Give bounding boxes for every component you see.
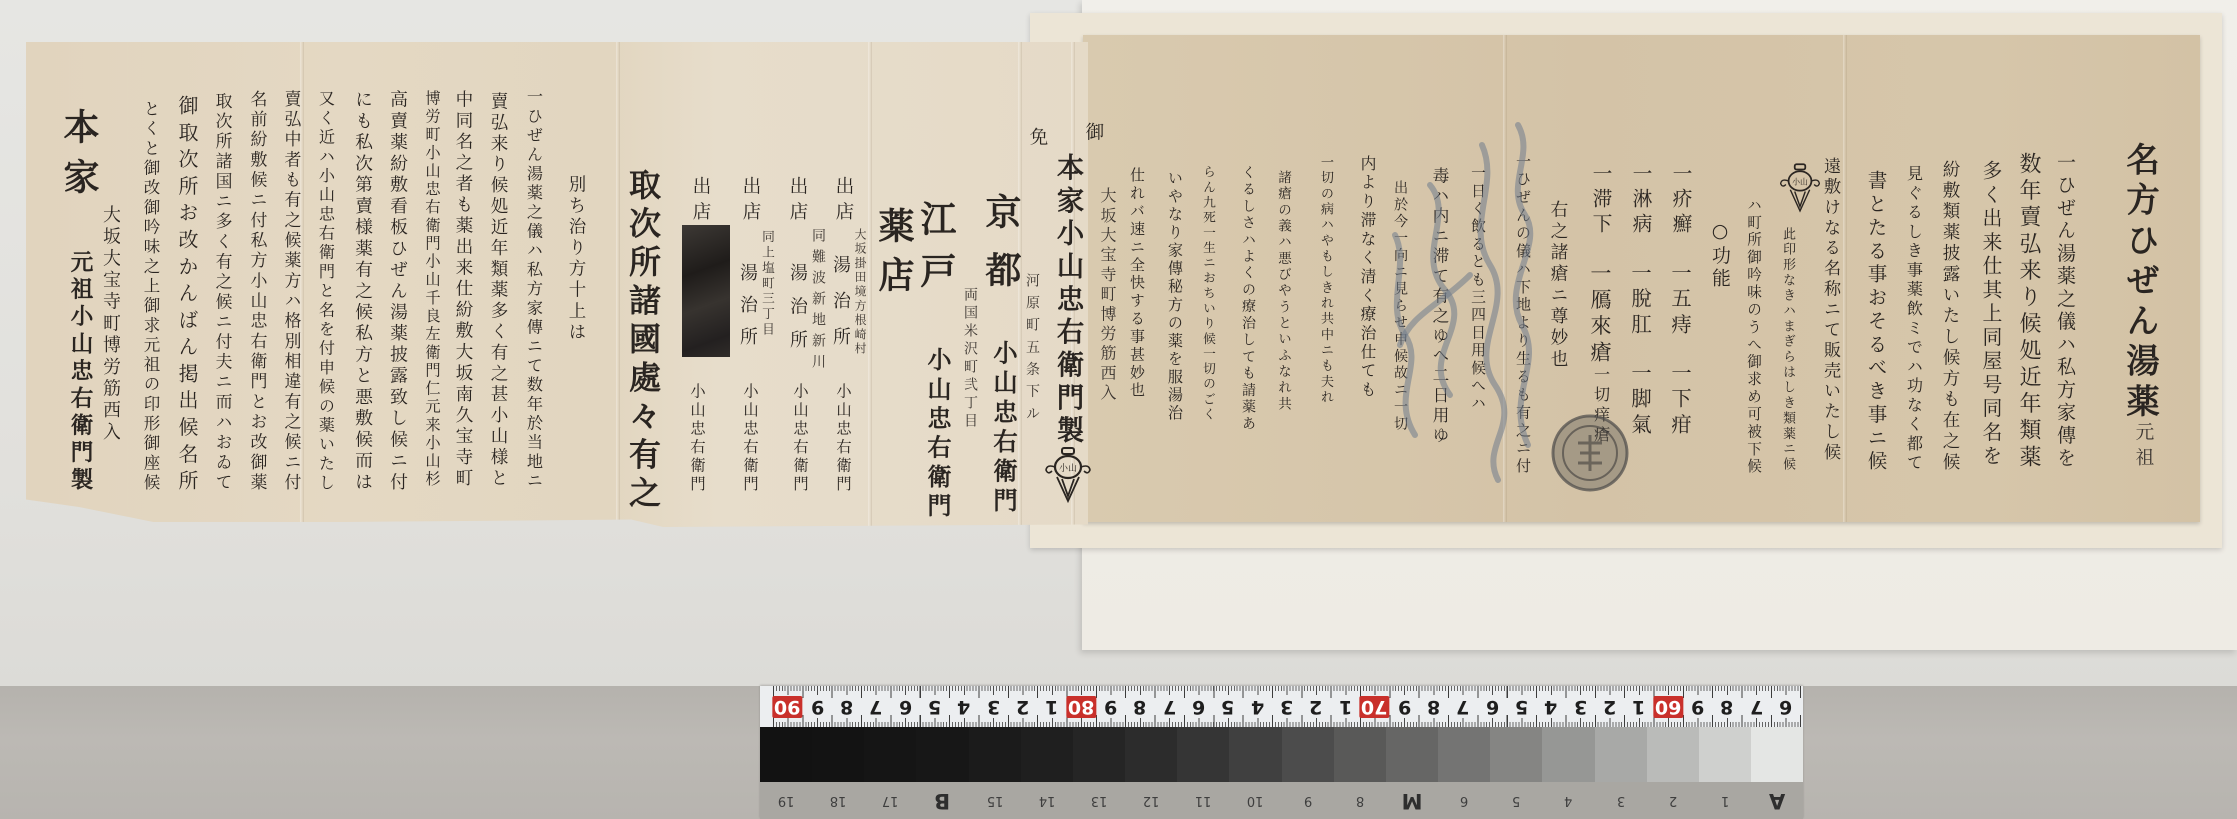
left-body-line: 取次所諸国ニ多く有之候ニ付夫ニ而ハおゐて xyxy=(210,92,236,490)
gray-patch-label: 1 xyxy=(1699,782,1751,819)
ruler-label: 6 xyxy=(1771,695,1800,719)
ruler-label: 7 xyxy=(861,695,890,719)
black-ink-block xyxy=(682,225,730,357)
edo-owner-name: 小山忠右衛門 xyxy=(916,347,958,517)
ruler-label: 4 xyxy=(1536,695,1565,719)
efficacy-item: 一鴈來瘡 xyxy=(1587,262,1613,362)
usage-line: 仕れバ速ニ全快する事甚妙也 xyxy=(1123,167,1151,397)
gray-patch-label: 10 xyxy=(1229,782,1281,819)
notice-line: 此印形なきハまぎらはしき類薬ニ候 xyxy=(1773,227,1801,470)
left-body-line: 一ひぜん湯薬之儀ハ私方家傳ニて数年於当地ニ xyxy=(520,88,546,488)
edo-city-label: 江戸 xyxy=(914,200,956,288)
gray-patch-label: 13 xyxy=(1073,782,1125,819)
ruler-label: 4 xyxy=(1243,695,1272,719)
branch-shop-label: 出店 xyxy=(738,176,762,220)
efficacy-item: 一下疳 xyxy=(1667,362,1693,434)
kyoto-owner-name: 小山忠右衛門 xyxy=(982,340,1024,512)
left-address-text: 大坂大宝寺町博労筋西入 xyxy=(100,205,120,440)
ruler-label: 6 xyxy=(1478,695,1507,719)
ruler-label: 80 xyxy=(1067,695,1096,719)
branch-shop-owner: 小山忠右衛門 xyxy=(686,383,708,491)
gray-patch-label: 11 xyxy=(1177,782,1229,819)
gourd-emblem-icon: 小山 xyxy=(1043,447,1093,503)
left-body-line: 中同名之者も薬出来仕紛敷大坂南久宝寺町 xyxy=(450,90,476,486)
ruler-label: 6 xyxy=(891,695,920,719)
ruler-label: 70 xyxy=(1360,695,1389,719)
ruler-label: 9 xyxy=(1683,695,1712,719)
efficacy-item: 一滞下 xyxy=(1587,163,1613,233)
title-note: 元祖 xyxy=(2132,422,2154,466)
efficacy-item: 一五痔 xyxy=(1667,262,1693,334)
branch-shop-label: 出店 xyxy=(831,176,855,220)
branch-shop-owner: 小山忠右衛門 xyxy=(789,383,811,491)
gray-patch-label: B xyxy=(916,782,968,819)
emblem-text: 小山 xyxy=(1792,176,1808,186)
left-body-line: 又く近ハ小山忠右衛門と名を付申候の薬いたし xyxy=(312,90,338,490)
ruler-label: 7 xyxy=(1448,695,1477,719)
ruler-label: 60 xyxy=(1654,695,1683,719)
left-body-line: にも私次第賣様薬有之候私方と悪敷候而は xyxy=(349,90,375,490)
paper-fold xyxy=(868,42,872,542)
gray-patch xyxy=(1177,727,1229,782)
usage-line: 一切の病ハやもしきれ共中ニも夫れ xyxy=(1311,155,1339,403)
left-body-line: 高賣薬紛敷看板ひぜん湯薬披露致し候ニ付 xyxy=(384,90,410,490)
gray-patch-label: 17 xyxy=(864,782,916,819)
gray-patch xyxy=(1229,727,1281,782)
gray-patch-label: M xyxy=(1386,782,1438,819)
gray-scale-labels: 19 18 17 B 15 14 13 12 11 10 9 8 M 6 5 4… xyxy=(760,782,1803,819)
permission-mark-men: 免 xyxy=(1026,127,1048,149)
branch-shop-facility: 湯治所 xyxy=(737,263,757,345)
usage-line: 諸瘡の義ハ悪びやうといふなれ共 xyxy=(1269,170,1297,410)
branch-shop-address: 同難波新地新川 xyxy=(810,228,826,368)
gray-patch-label: 9 xyxy=(1282,782,1334,819)
left-body-line: 御取次所お改かんばん掲出候名所 xyxy=(174,95,200,490)
left-body-line: とくと御改御吟味之上御求元祖の印形御座候 xyxy=(137,100,163,490)
gourd-emblem-icon: 小山 xyxy=(1778,163,1822,213)
ruler-label: 8 xyxy=(1712,695,1741,719)
round-seal-icon xyxy=(1550,413,1630,493)
document-title: 名方ひぜん湯薬 xyxy=(2116,142,2164,417)
gray-patch-label: 6 xyxy=(1438,782,1490,819)
intro-line: 見ぐるしき事薬飲ミでハ功なく都て xyxy=(1899,165,1927,470)
left-maker-name: 元祖小山忠右衛門製 xyxy=(62,250,98,490)
ruler-label: 1 xyxy=(1331,695,1360,719)
branch-shop-owner: 小山忠右衛門 xyxy=(739,383,761,491)
gray-patch-label: 14 xyxy=(1021,782,1073,819)
ruler-label: 7 xyxy=(1155,695,1184,719)
branch-shop-facility: 湯治所 xyxy=(830,255,850,345)
ruler-label: 5 xyxy=(1213,695,1242,719)
gray-patch-label: 5 xyxy=(1490,782,1542,819)
measuring-tape: 90 9 8 7 6 5 4 3 2 1 80 9 8 7 6 5 4 3 2 … xyxy=(760,686,1803,727)
gray-patch xyxy=(1073,727,1125,782)
emblem-text: 小山 xyxy=(1059,462,1077,474)
color-scale-bar: 90 9 8 7 6 5 4 3 2 1 80 9 8 7 6 5 4 3 2 … xyxy=(760,686,1803,819)
ruler-label: 8 xyxy=(1419,695,1448,719)
permission-mark-go: 御 xyxy=(1082,122,1104,144)
gray-patch xyxy=(969,727,1021,782)
gray-patch xyxy=(1334,727,1386,782)
intro-line: 紛敷類薬披露いたし候方も在之候 xyxy=(1936,160,1964,470)
gray-patch xyxy=(1021,727,1073,782)
gray-patch xyxy=(1282,727,1334,782)
intro-line: 書とたる事おそるべき事ニ候 xyxy=(1861,170,1889,470)
usage-line: くるしさハよくの療治しても請薬あ xyxy=(1234,165,1262,430)
ruler-label: 9 xyxy=(1390,695,1419,719)
left-header-text: 別ち治り方十上は xyxy=(564,175,586,340)
branch-shop-address: 大坂掛田境方根崎村 xyxy=(852,228,868,354)
efficacy-item: 一脫肛 xyxy=(1627,262,1653,334)
efficacy-item: 一淋病 xyxy=(1627,163,1653,233)
gray-patch xyxy=(1751,727,1803,782)
branch-shop-label: 出店 xyxy=(785,176,809,220)
gray-patch xyxy=(864,727,916,782)
gray-patch xyxy=(760,727,812,782)
ruler-label: 8 xyxy=(832,695,861,719)
left-body-line: 博労町小山忠右衛門小山千良左衛門仁元来小山杉 xyxy=(419,90,445,486)
ruler-label: 2 xyxy=(1595,695,1624,719)
left-body-line: 名前紛敷候ニ付私方小山忠右衛門とお改御薬 xyxy=(245,90,271,490)
gray-patch-label: 19 xyxy=(760,782,812,819)
pencil-scribble-marks xyxy=(1370,115,1550,495)
branch-shop-address: 同上塩町三丁目 xyxy=(759,230,775,335)
gray-patch xyxy=(916,727,968,782)
intro-line: 数年賣弘来り候処近年類薬 xyxy=(2014,152,2042,467)
gray-patch xyxy=(1647,727,1699,782)
main-maker-name: 本家小山忠右衛門製 xyxy=(1045,153,1089,443)
gray-patch-label: 12 xyxy=(1125,782,1177,819)
ruler-label: 2 xyxy=(1008,695,1037,719)
gray-patch xyxy=(1386,727,1438,782)
gray-patch xyxy=(1125,727,1177,782)
branch-shop-owner: 小山忠右衛門 xyxy=(832,383,854,491)
edo-address: 両国米沢町弐丁目 xyxy=(962,287,978,427)
ruler-label: 1 xyxy=(1037,695,1066,719)
gray-patch-label: 2 xyxy=(1647,782,1699,819)
ruler-label: 3 xyxy=(1566,695,1595,719)
ruler-label: 6 xyxy=(1184,695,1213,719)
branch-shop-label: 出店 xyxy=(688,176,712,220)
gray-patch xyxy=(812,727,864,782)
efficacy-item: 一脚氣 xyxy=(1627,362,1653,434)
ruler-label: 90 xyxy=(773,695,802,719)
left-honke-label: 本家 xyxy=(57,108,99,194)
gray-scale-patches xyxy=(760,727,1803,782)
gray-patch-label: A xyxy=(1751,782,1803,819)
gray-patch xyxy=(1542,727,1594,782)
gray-patch xyxy=(1438,727,1490,782)
ruler-label: 7 xyxy=(1742,695,1771,719)
intro-line: 多く出来仕其上同屋号同名を xyxy=(1976,160,2004,465)
ruler-label: 2 xyxy=(1301,695,1330,719)
ruler-labels: 90 9 8 7 6 5 4 3 2 1 80 9 8 7 6 5 4 3 2 … xyxy=(773,695,1800,719)
right-address-text: 大坂大宝寺町博労筋西入 xyxy=(1098,187,1116,400)
left-body-line: 賣弘中者も有之候薬方ハ格別相違有之候ニ付 xyxy=(279,90,305,490)
gray-patch-label: 8 xyxy=(1334,782,1386,819)
ruler-label: 3 xyxy=(1272,695,1301,719)
ruler-label: 1 xyxy=(1624,695,1653,719)
ruler-label: 9 xyxy=(803,695,832,719)
agents-notice: 取次所諸國處々有之 xyxy=(620,168,666,508)
left-body-line: 賣弘来り候処近年類薬多く有之甚小山様と xyxy=(485,92,511,486)
ruler-label: 5 xyxy=(920,695,949,719)
ruler-label: 5 xyxy=(1507,695,1536,719)
kyoto-address: 河原町五条下ル xyxy=(1024,273,1040,420)
kyoto-city-label: 京都 xyxy=(979,193,1021,287)
efficacy-item: 一疥癬 xyxy=(1667,163,1693,233)
efficacy-heading: ○功能 xyxy=(1707,220,1733,287)
gray-patch xyxy=(1595,727,1647,782)
medicine-shop-label: 薬店 xyxy=(872,207,914,292)
gray-patch-label: 4 xyxy=(1542,782,1594,819)
intro-line: 一ひぜん湯薬之儀ハ私方家傳を xyxy=(2051,152,2079,467)
gray-patch-label: 3 xyxy=(1595,782,1647,819)
gray-patch xyxy=(1699,727,1751,782)
ruler-label: 8 xyxy=(1125,695,1154,719)
ruler-label: 3 xyxy=(979,695,1008,719)
notice-line: ハ町所御吟味のうへ御求め可被下候 xyxy=(1739,197,1767,473)
branch-shop-facility: 湯治所 xyxy=(787,263,807,348)
gray-patch xyxy=(1490,727,1542,782)
usage-line: いやなり家傳秘方の薬を服湯治 xyxy=(1161,170,1189,420)
ruler-label: 4 xyxy=(949,695,978,719)
usage-line: らん九死一生ニおちいり候一切のごく xyxy=(1194,165,1222,420)
gray-patch-label: 18 xyxy=(812,782,864,819)
gray-patch-label: 15 xyxy=(969,782,1021,819)
ruler-label: 9 xyxy=(1096,695,1125,719)
